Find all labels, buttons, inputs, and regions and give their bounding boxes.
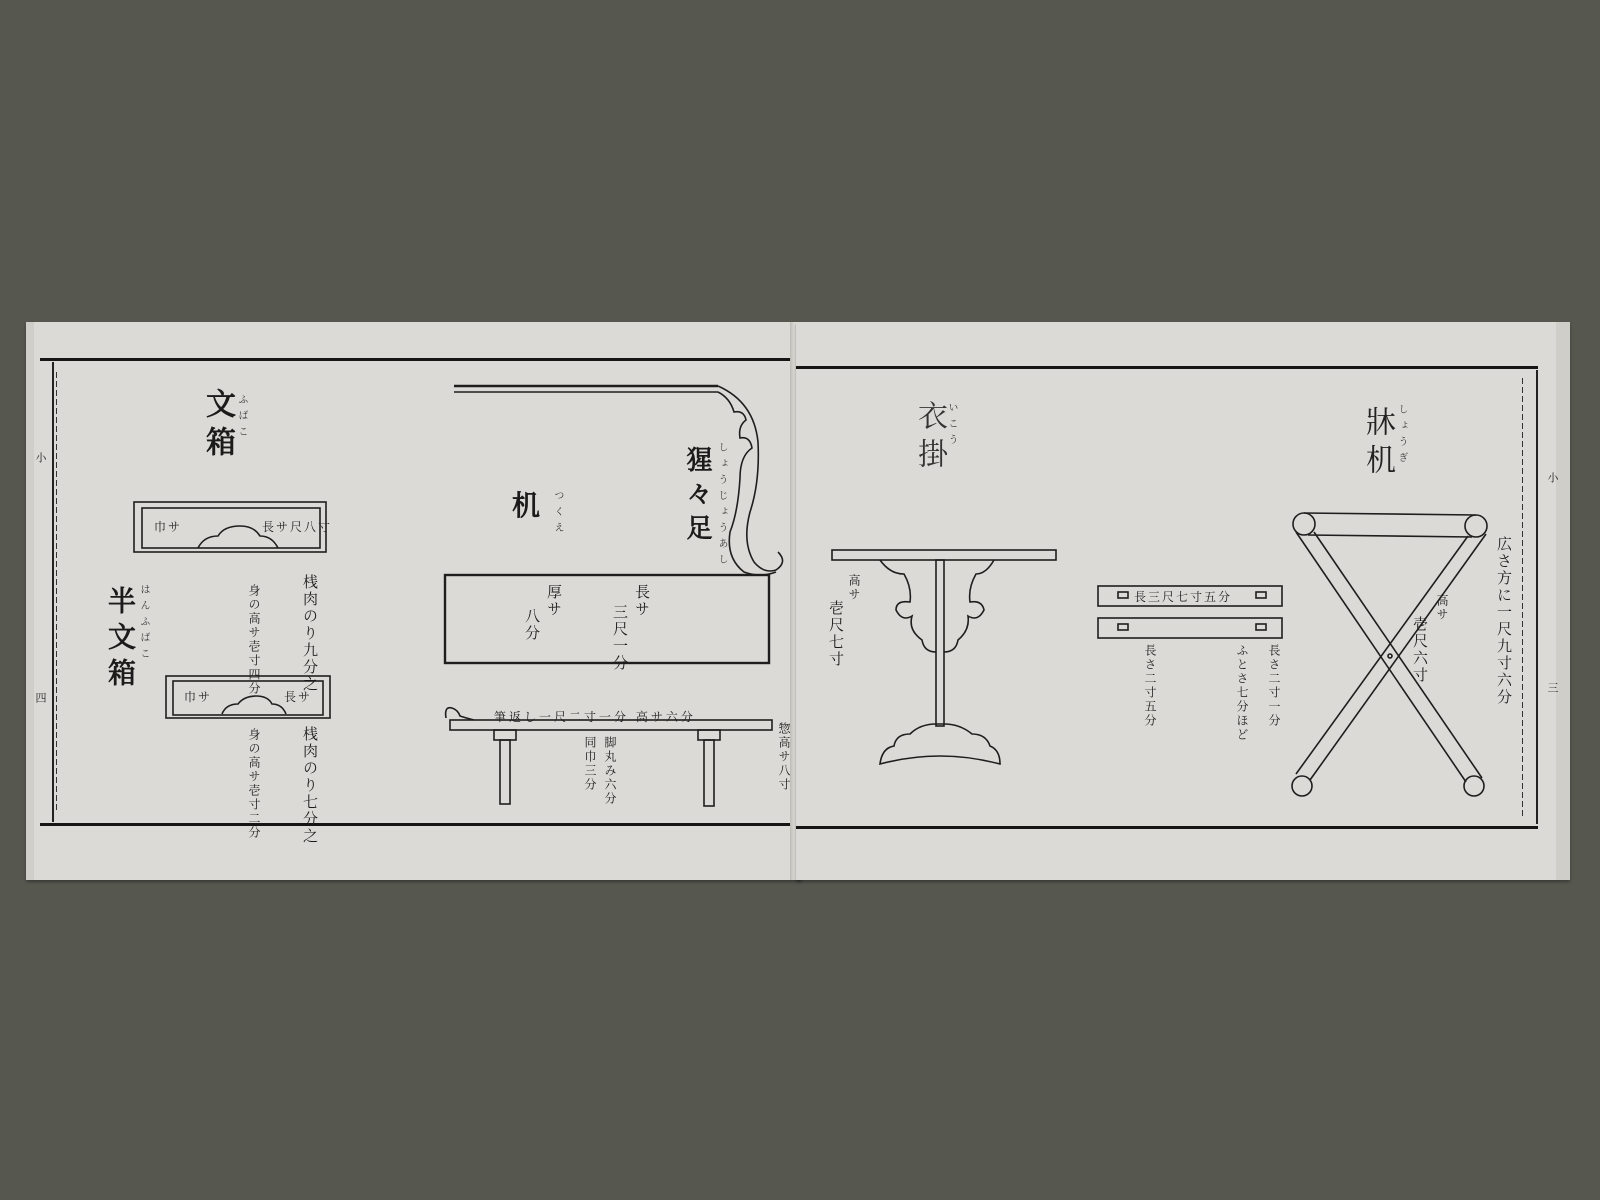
- right-inner-rule: [1522, 378, 1523, 818]
- margin-mark-top: 小: [32, 452, 48, 463]
- fubako-box-label-right: 長サ尺八寸: [262, 518, 332, 535]
- open-book: 小 四 文箱 ふばこ 巾サ 長サ尺八寸 桟肉のり九分之 身の高サ壱寸四分 半文箱…: [26, 322, 1574, 882]
- left-page: 小 四 文箱 ふばこ 巾サ 長サ尺八寸 桟肉のり九分之 身の高サ壱寸四分 半文箱…: [26, 322, 802, 880]
- shoki-folding-stool-drawing: [1288, 508, 1498, 808]
- kinukake-ruby: いこう: [946, 402, 956, 450]
- han-fubako-note-height: 身の高サ壱寸二分: [248, 728, 260, 840]
- tsukue-thickness-label: 厚サ: [546, 584, 561, 618]
- tsukue-thickness-value: 八分: [524, 608, 539, 642]
- tsukue-height-note: 惣高サ八寸: [778, 722, 790, 792]
- tsukue-length-label: 長サ: [634, 584, 649, 618]
- shoki-height-label: 高サ: [1436, 594, 1448, 622]
- tsukue-length-value: 三尺一分: [612, 604, 627, 672]
- shoki-height-value: 壱尺六寸: [1412, 616, 1427, 684]
- kyashi-ruby: しょうじょうあし: [716, 442, 726, 570]
- margin-mark-bottom: 三: [1544, 682, 1560, 693]
- left-border-rule: [52, 362, 54, 822]
- margin-mark-top: 小: [1544, 472, 1560, 483]
- shoki-side-note: 広さ方に一尺九寸六分: [1496, 536, 1511, 706]
- han-fubako-title: 半文箱: [106, 586, 134, 694]
- han-fubako-ruby: はんふばこ: [138, 584, 148, 664]
- tsukue-top-caption: 筆返し一尺二寸一分 高サ六分: [494, 708, 696, 725]
- bottom-border-rule: [40, 823, 796, 826]
- fubako-box-label-left: 巾サ: [154, 518, 182, 535]
- shoki-title: 牀机: [1362, 406, 1392, 482]
- bar-top-label: 長三尺七寸五分: [1134, 588, 1232, 605]
- tsukue-leg-note-1: 脚丸み六分: [604, 736, 616, 806]
- right-border-rule: [1536, 370, 1538, 824]
- bars-note-width: ふとさ七分ほど: [1236, 644, 1248, 742]
- tsukue-top-with-leg-drawing: [454, 382, 794, 582]
- bars-note-length-2: 長さ二寸五分: [1144, 644, 1156, 728]
- bars-note-length-1: 長さ二寸一分: [1268, 644, 1280, 728]
- margin-mark-bottom: 四: [32, 692, 48, 703]
- top-border-rule: [796, 366, 1538, 369]
- bottom-border-rule: [796, 826, 1538, 829]
- tsukue-board-plan-drawing: [444, 574, 772, 666]
- kyashi-title: 猩々足: [684, 446, 710, 548]
- fubako-ruby: ふばこ: [236, 394, 246, 442]
- kinukake-height-value: 壱尺七寸: [828, 600, 843, 668]
- top-border-rule: [40, 358, 796, 361]
- han-fubako-box-label-right: 長サ: [284, 688, 312, 705]
- fubako-title: 文箱: [202, 388, 232, 464]
- tsukue-leg-note-2: 同巾三分: [584, 736, 596, 792]
- shoki-ruby: しょうぎ: [1396, 404, 1406, 468]
- left-inner-rule: [56, 372, 57, 812]
- kinukake-title: 衣掛: [914, 400, 944, 476]
- right-page: 小 三 衣掛 いこう 高サ 壱尺七寸 長三尺七寸五分 ふとさ七分ほど 長さ二寸一…: [796, 322, 1570, 880]
- han-fubako-note-edge: 桟肉のり七分之: [302, 726, 317, 845]
- kinukake-height-label: 高サ: [848, 574, 860, 602]
- han-fubako-box-label-left: 巾サ: [184, 688, 212, 705]
- kinukake-stand-drawing: [830, 548, 1060, 788]
